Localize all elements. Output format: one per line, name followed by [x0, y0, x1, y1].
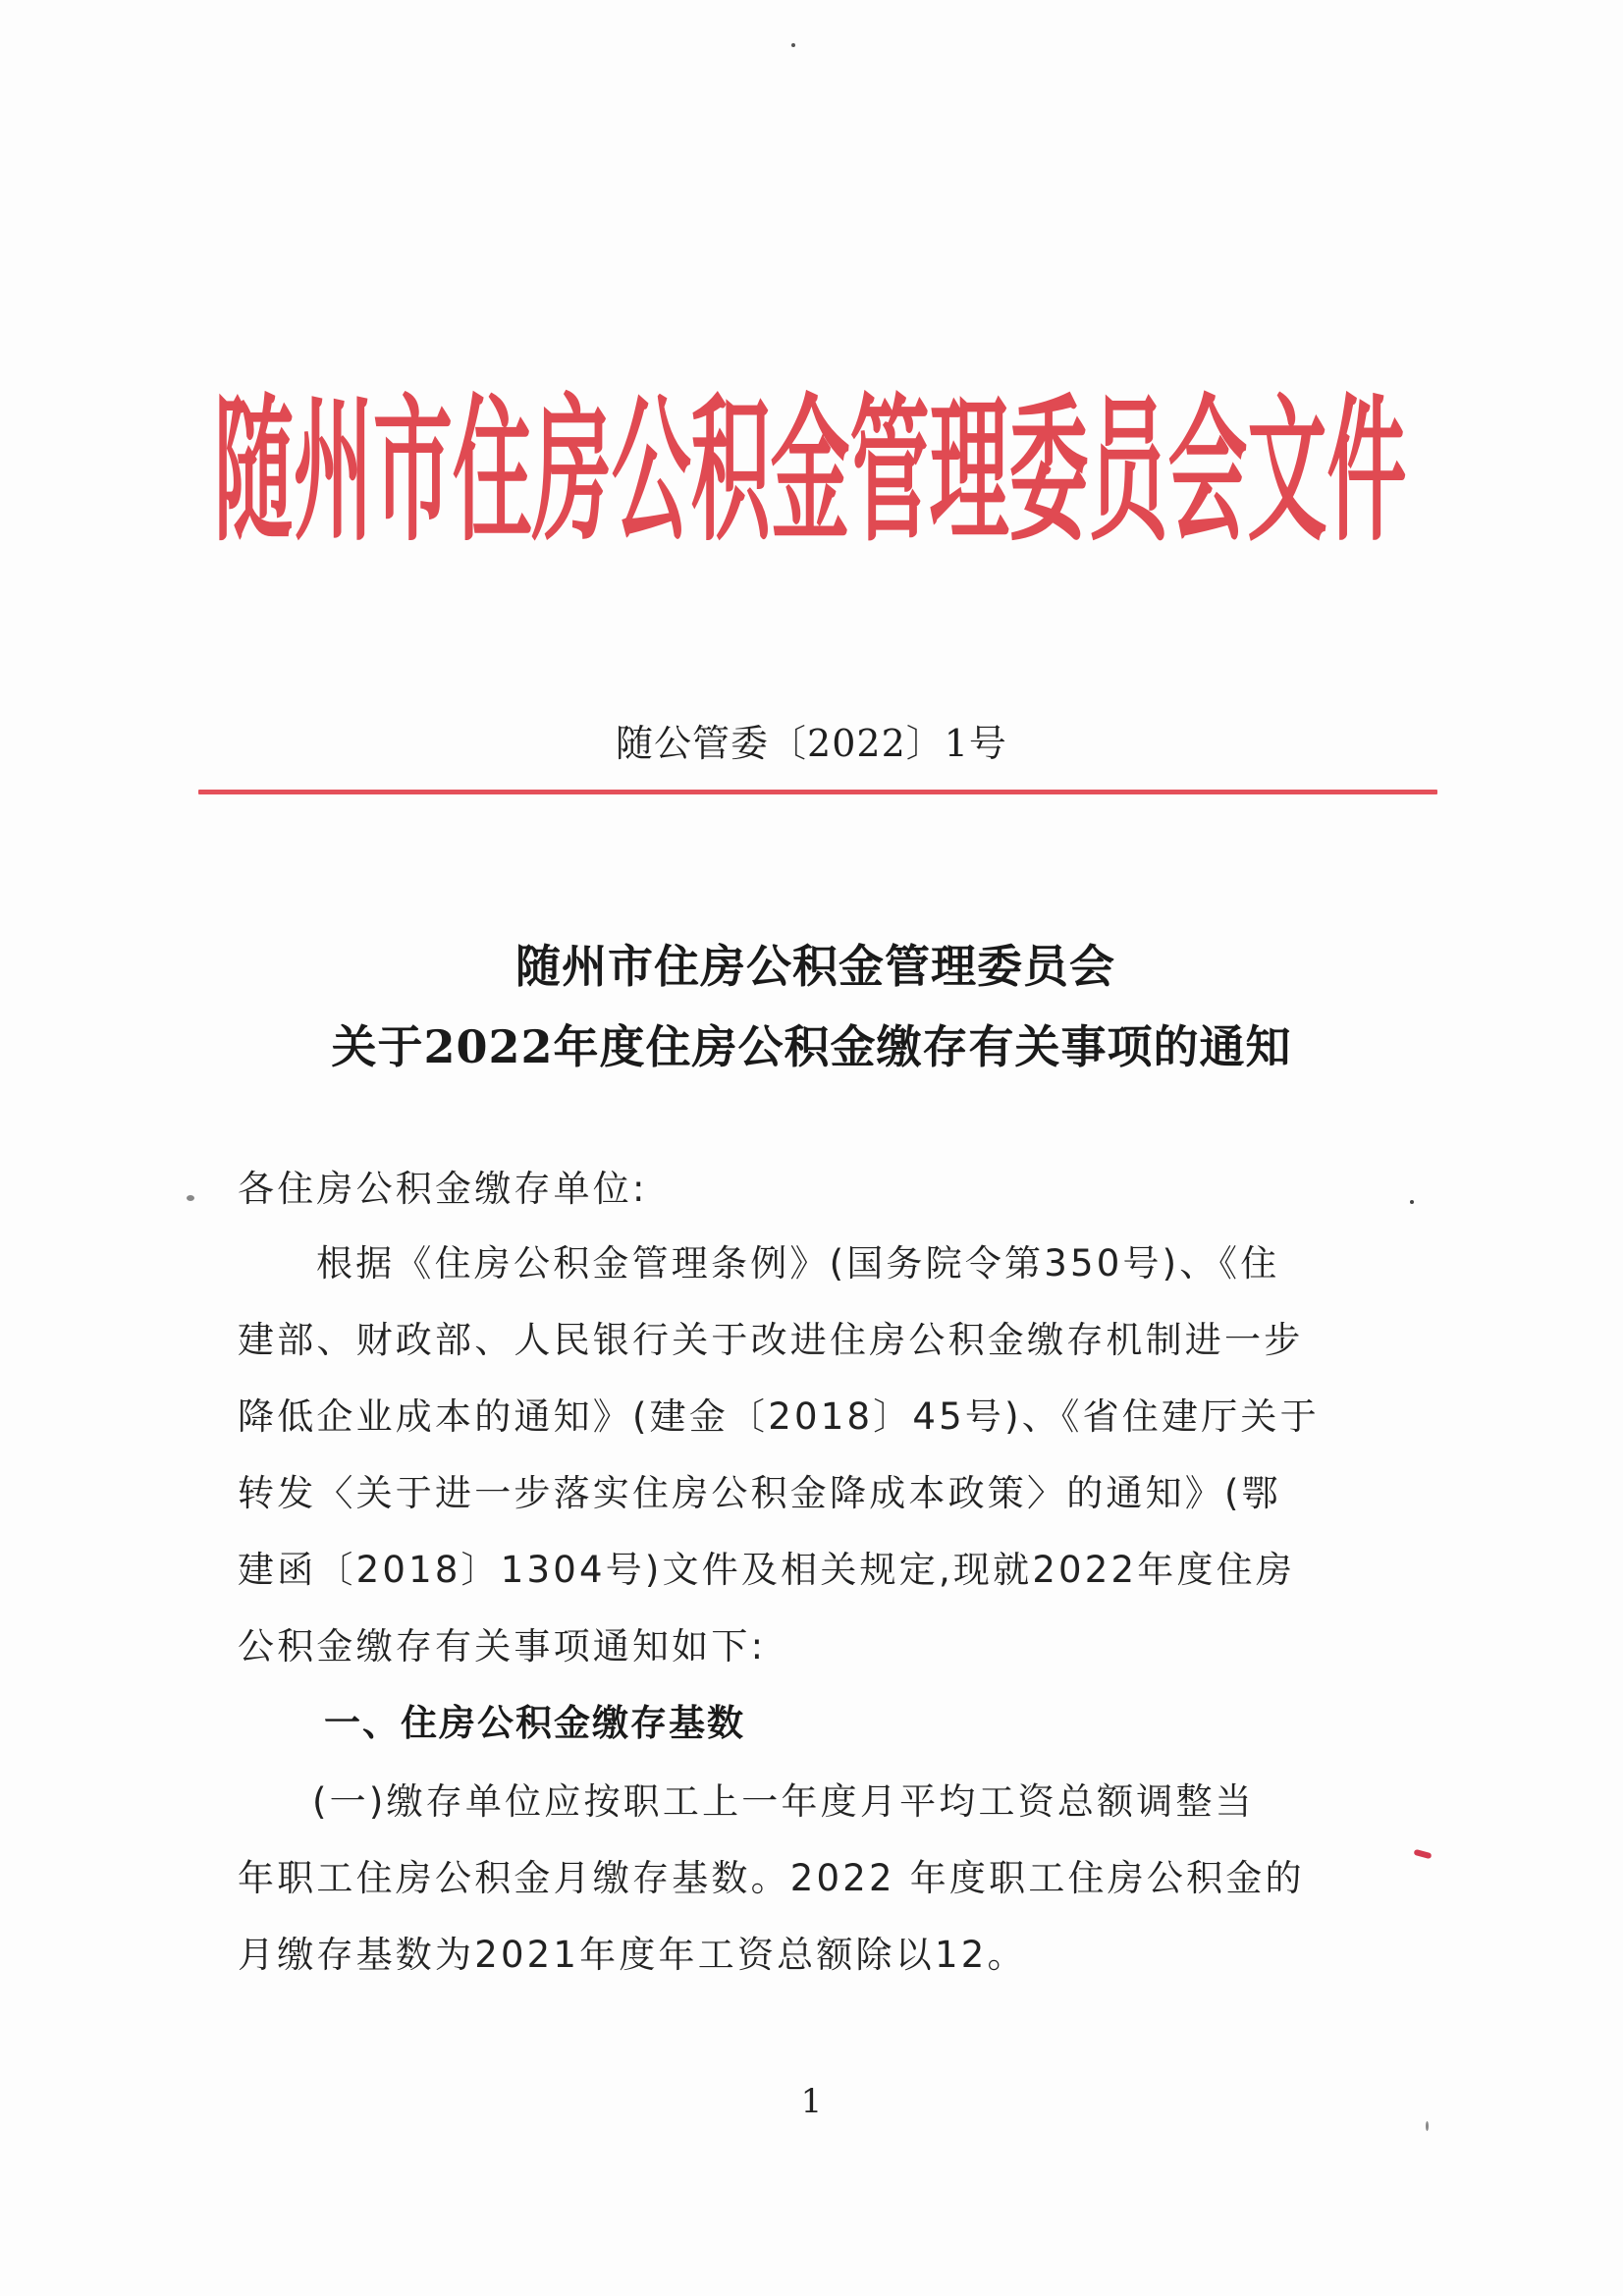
document-title-line-2: 关于2022年度住房公积金缴存有关事项的通知	[0, 1011, 1623, 1076]
salutation: 各住房公积金缴存单位:	[238, 1159, 1381, 1212]
page-number: 1	[0, 2082, 1623, 2121]
paragraph-line: 根据《住房公积金管理条例》(国务院令第350号)、《住	[316, 1233, 1460, 1286]
scan-speck	[1410, 1200, 1414, 1204]
red-divider-rule	[198, 790, 1437, 794]
paragraph-line: (一)缴存单位应按职工上一年度月平均工资总额调整当	[312, 1772, 1456, 1825]
scan-speck	[791, 43, 795, 47]
paragraph-line: 公积金缴存有关事项通知如下:	[238, 1616, 1381, 1669]
paragraph-line: 年职工住房公积金月缴存基数。2022 年度职工住房公积金的	[238, 1848, 1381, 1901]
document-title-line-1: 随州市住房公积金管理委员会	[4, 931, 1623, 996]
scan-speck	[1426, 2121, 1429, 2131]
paragraph-line: 转发〈关于进一步落实住房公积金降成本政策〉的通知》(鄂	[238, 1463, 1381, 1516]
paragraph-line: 降低企业成本的通知》(建金〔2018〕45号)、《省住建厅关于	[238, 1387, 1381, 1440]
document-number: 随公管委〔2022〕1号	[0, 713, 1623, 767]
paragraph-line: 建部、财政部、人民银行关于改进住房公积金缴存机制进一步	[238, 1310, 1381, 1363]
section-heading: 一、住房公积金缴存基数	[324, 1693, 745, 1746]
paragraph-line: 建函〔2018〕1304号)文件及相关规定,现就2022年度住房	[238, 1540, 1381, 1593]
scan-speck	[1414, 1849, 1433, 1859]
issuer-banner: 随州市住房公积金管理委员会文件	[214, 368, 1407, 574]
document-page: 随州市住房公积金管理委员会文件 随公管委〔2022〕1号 随州市住房公积金管理委…	[0, 0, 1623, 2296]
issuer-banner-text: 随州市住房公积金管理委员会文件	[214, 368, 818, 574]
paragraph-line: 月缴存基数为2021年度年工资总额除以12。	[238, 1925, 1381, 1978]
scan-speck	[187, 1195, 194, 1201]
